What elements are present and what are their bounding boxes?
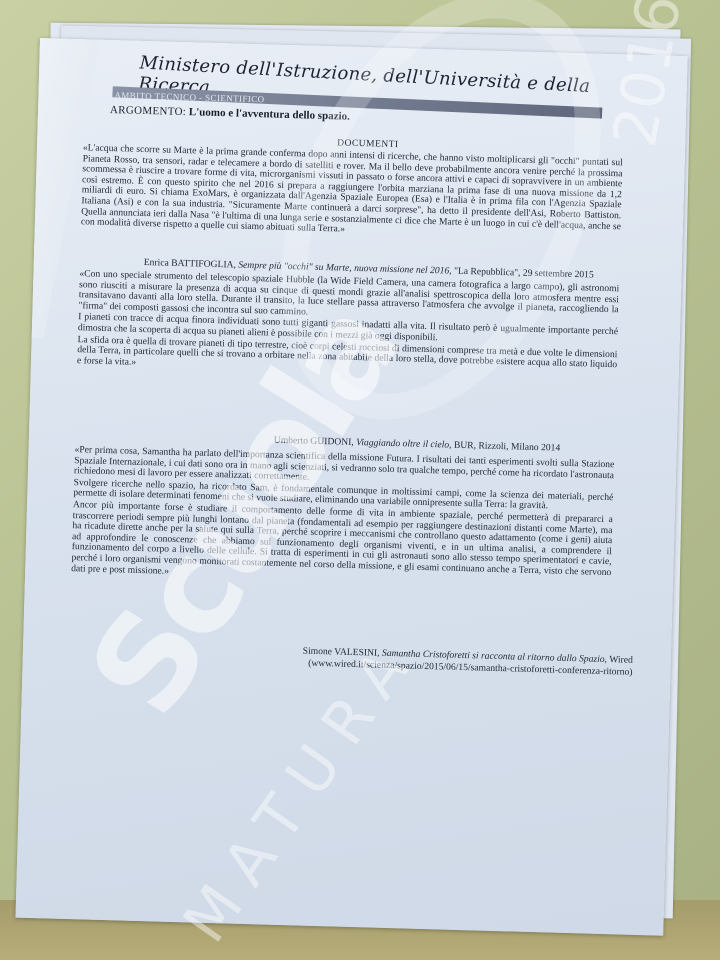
section-heading: DOCUMENTI — [337, 138, 399, 150]
excerpt-paragraph: «L'acqua che scorre su Marte è la prima … — [81, 143, 623, 243]
excerpt-1: «L'acqua che scorre su Marte è la prima … — [81, 143, 623, 243]
attribution-source: BUR, Rizzoli, Milano 2014 — [454, 440, 561, 454]
excerpt-3: «Per prima cosa, Samantha ha parlato del… — [71, 445, 614, 589]
argomento-label: ARGOMENTO: — [110, 104, 186, 118]
attribution-source: Wired — [609, 654, 633, 666]
argomento-line: ARGOMENTO: L'uomo e l'avventura dello sp… — [110, 104, 350, 123]
attribution-3: Simone VALESINI, Samantha Cristoforetti … — [213, 643, 634, 679]
attribution-author: Simone VALESINI, — [303, 646, 380, 659]
exam-sheet: Ministero dell'Istruzione, dell'Universi… — [15, 38, 687, 936]
excerpt-2: «Con uno speciale strumento del telescop… — [77, 269, 620, 381]
attribution-author: Enrica BATTIFOGLIA, — [144, 257, 236, 271]
excerpt-paragraph: Ancor più importante forse è studiare il… — [71, 500, 613, 589]
attribution-author: Umberto GUIDONI, — [274, 435, 354, 448]
argomento-value: L'uomo e l'avventura dello spazio. — [189, 106, 350, 122]
attribution-title: Viaggiando oltre il cielo, — [356, 437, 452, 451]
